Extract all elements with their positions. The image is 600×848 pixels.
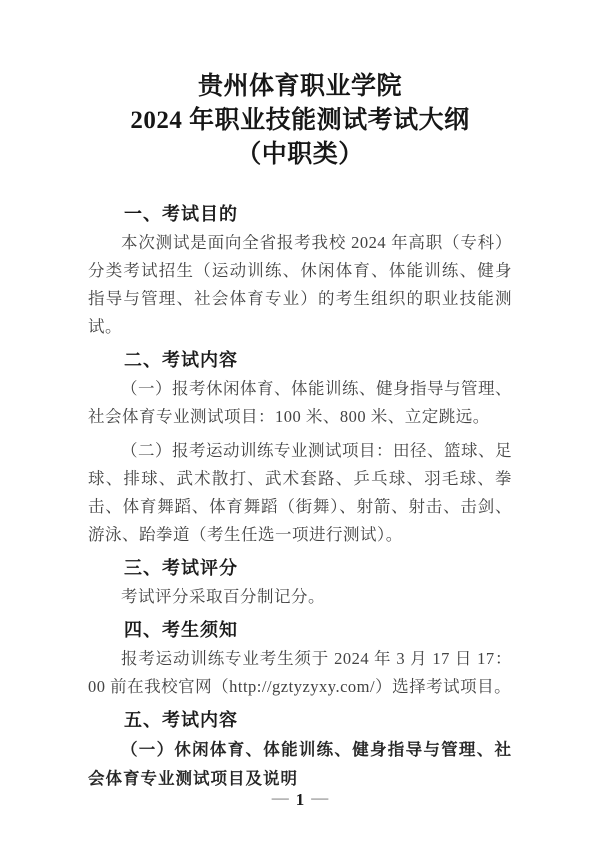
page-footer: —1—: [0, 790, 600, 810]
footer-dash-right: —: [304, 788, 335, 807]
section-candidate-notes: 四、考生须知 报考运动训练专业考生须于 2024 年 3 月 17 日 17：0…: [88, 617, 512, 701]
section-exam-content: 二、考试内容 （一）报考休闲体育、体能训练、健身指导与管理、社会体育专业测试项目…: [88, 347, 512, 549]
paragraph-registration-deadline: 报考运动训练专业考生须于 2024 年 3 月 17 日 17：00 前在我校官…: [88, 645, 512, 701]
heading-candidate-notes: 四、考生须知: [88, 617, 512, 643]
section-exam-content-detail: 五、考试内容 （一）休闲体育、体能训练、健身指导与管理、社会体育专业测试项目及说…: [88, 707, 512, 793]
title-line-college-name: 贵州体育职业学院: [88, 70, 512, 104]
heading-exam-content-detail: 五、考试内容: [88, 707, 512, 733]
subheading-leisure-sports-test-items: （一）休闲体育、体能训练、健身指导与管理、社会体育专业测试项目及说明: [88, 735, 512, 793]
document-page: 贵州体育职业学院 2024 年职业技能测试考试大纲 （中职类） 一、考试目的 本…: [0, 0, 600, 848]
heading-exam-purpose: 一、考试目的: [88, 201, 512, 227]
section-exam-scoring: 三、考试评分 考试评分采取百分制记分。: [88, 555, 512, 611]
title-line-category: （中职类）: [88, 138, 512, 172]
title-line-outline-name: 2024 年职业技能测试考试大纲: [88, 104, 512, 138]
heading-exam-scoring: 三、考试评分: [88, 555, 512, 581]
paragraph-scoring-method: 考试评分采取百分制记分。: [88, 583, 512, 611]
page-number: 1: [296, 790, 305, 809]
footer-dash-left: —: [265, 788, 296, 807]
heading-exam-content: 二、考试内容: [88, 347, 512, 373]
paragraph-athletic-training-items: （二）报考运动训练专业测试项目：田径、篮球、足球、排球、武术散打、武术套路、乒乓…: [88, 437, 512, 549]
paragraph-leisure-sports-items: （一）报考休闲体育、体能训练、健身指导与管理、社会体育专业测试项目：100 米、…: [88, 375, 512, 431]
doc-title: 贵州体育职业学院 2024 年职业技能测试考试大纲 （中职类）: [88, 70, 512, 172]
paragraph-exam-purpose: 本次测试是面向全省报考我校 2024 年高职（专科）分类考试招生（运动训练、休闲…: [88, 229, 512, 341]
section-exam-purpose: 一、考试目的 本次测试是面向全省报考我校 2024 年高职（专科）分类考试招生（…: [88, 201, 512, 341]
